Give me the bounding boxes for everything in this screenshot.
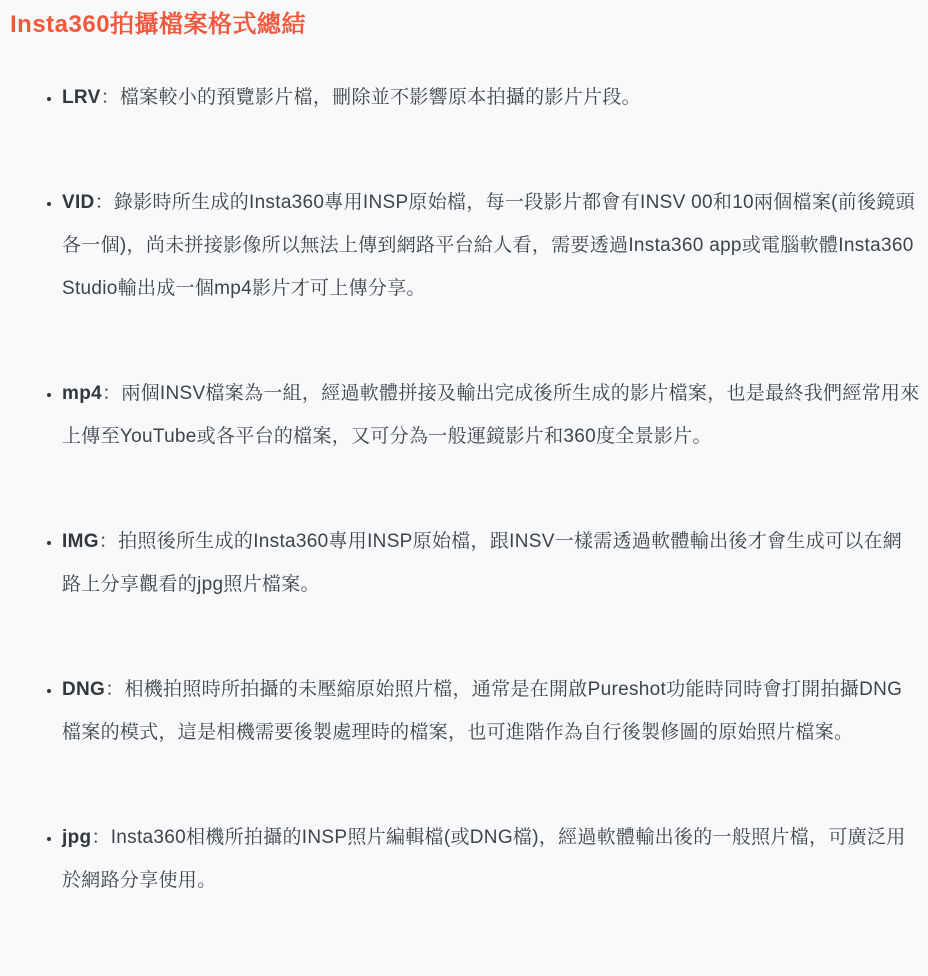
list-item-vid: VID：錄影時所生成的Insta360專用INSP原始檔，每一段影片都會有INS… <box>62 181 920 310</box>
term-separator: ： <box>91 827 110 848</box>
format-term: DNG <box>62 679 105 700</box>
article-section: Insta360拍攝檔案格式總結 LRV：檔案較小的預覽影片檔，刪除並不影響原本… <box>0 0 928 902</box>
term-separator: ： <box>99 531 118 552</box>
format-term: LRV <box>62 87 101 108</box>
term-separator: ： <box>102 383 121 404</box>
list-item-mp4: mp4：兩個INSV檔案為一組，經過軟體拼接及輸出完成後所生成的影片檔案，也是最… <box>62 372 920 458</box>
format-description: 檔案較小的預覽影片檔，刪除並不影響原本拍攝的影片片段。 <box>120 87 641 108</box>
format-term: jpg <box>62 827 91 848</box>
format-term: mp4 <box>62 383 102 404</box>
term-separator: ： <box>105 679 124 700</box>
format-description: 錄影時所生成的Insta360專用INSP原始檔，每一段影片都會有INSV 00… <box>62 192 915 299</box>
format-description: 兩個INSV檔案為一組，經過軟體拼接及輸出完成後所生成的影片檔案，也是最終我們經… <box>62 383 920 447</box>
list-item-dng: DNG：相機拍照時所拍攝的未壓縮原始照片檔，通常是在開啟Pureshot功能時同… <box>62 668 920 754</box>
list-item-img: IMG：拍照後所生成的Insta360專用INSP原始檔，跟INSV一樣需透過軟… <box>62 520 920 606</box>
format-description: 拍照後所生成的Insta360專用INSP原始檔，跟INSV一樣需透過軟體輸出後… <box>62 531 902 595</box>
format-list: LRV：檔案較小的預覽影片檔，刪除並不影響原本拍攝的影片片段。 VID：錄影時所… <box>10 76 920 902</box>
term-separator: ： <box>101 87 120 108</box>
format-description: Insta360相機所拍攝的INSP照片編輯檔(或DNG檔)，經過軟體輸出後的一… <box>62 827 906 891</box>
article-title: Insta360拍攝檔案格式總結 <box>10 10 920 40</box>
term-separator: ： <box>95 192 114 213</box>
format-description: 相機拍照時所拍攝的未壓縮原始照片檔，通常是在開啟Pureshot功能時同時會打開… <box>62 679 902 743</box>
list-item-lrv: LRV：檔案較小的預覽影片檔，刪除並不影響原本拍攝的影片片段。 <box>62 76 920 119</box>
format-term: VID <box>62 192 95 213</box>
format-term: IMG <box>62 531 99 552</box>
list-item-jpg: jpg：Insta360相機所拍攝的INSP照片編輯檔(或DNG檔)，經過軟體輸… <box>62 816 920 902</box>
